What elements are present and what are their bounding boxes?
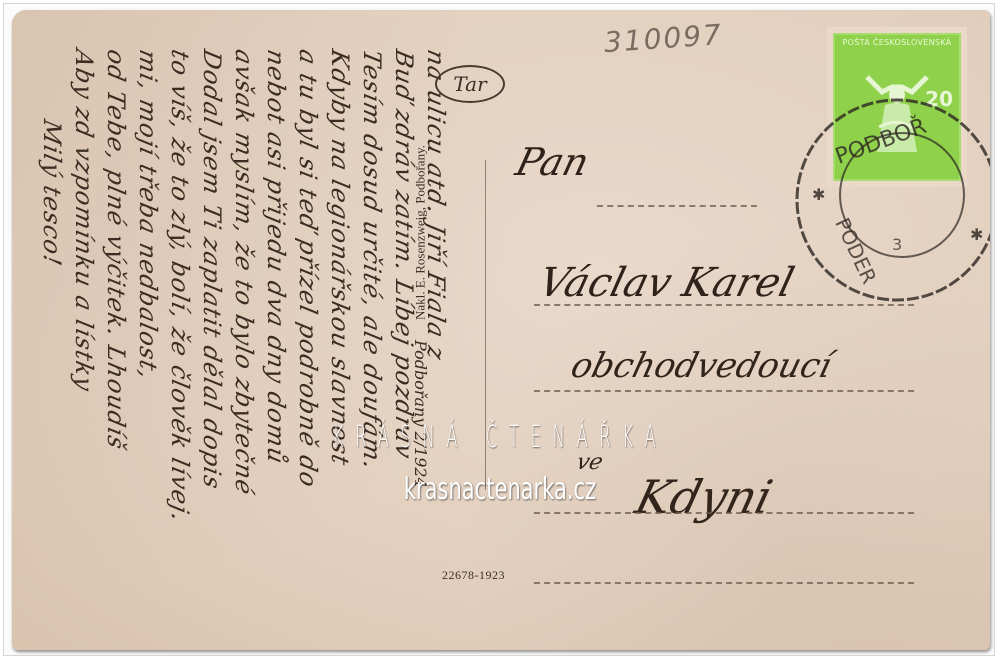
tar-stamp: Tar — [435, 65, 505, 103]
message-line: mi, mojí třeba nedbalost, — [134, 47, 162, 383]
message-line: Milý tesco! — [38, 117, 66, 269]
address-salutation: Pan — [512, 140, 594, 184]
date-writing: Podbořany 2/1924 — [411, 340, 430, 488]
address-line — [534, 582, 914, 584]
stamp-country: POŠTA ČESKOSLOVENSKÁ — [835, 38, 959, 47]
svg-text:PODBOŘ: PODBOŘ — [832, 113, 930, 170]
watermark-url: krasnactenarka.cz — [150, 472, 850, 507]
address-line — [597, 205, 757, 207]
address-line — [534, 512, 914, 514]
svg-text:✱: ✱ — [970, 225, 983, 244]
publisher-imprint: Nakl. E. Rosenzweig, Podbořany. — [413, 145, 429, 320]
message-line: od Tebe, plné výčitek. Lhoudíš — [102, 47, 130, 452]
address-line — [534, 390, 914, 392]
print-code: 22678-1923 — [442, 568, 505, 583]
svg-text:3: 3 — [892, 235, 902, 254]
archive-number: 310097 — [603, 18, 724, 59]
postmark-icon: PODBOŘ PODER 3 ✱ ✱ — [792, 90, 990, 305]
postcard: Milý tesco! Aby zd vzpomínku a lístky od… — [12, 10, 990, 650]
svg-text:✱: ✱ — [812, 185, 825, 204]
handwritten-message: Milý tesco! Aby zd vzpomínku a lístky od… — [16, 10, 486, 650]
message-line: Kdyby na legionářskou slavnost — [326, 47, 354, 468]
message-line: Aby zd vzpomínku a lístky — [70, 47, 98, 394]
message-line: Dodal jsem Ti zaplatit dělal dopis — [198, 47, 226, 492]
message-line: to víš, že to zlý, bolí, že člověk lívej… — [166, 47, 194, 525]
address-name: Václav Karel — [534, 260, 798, 306]
message-line: Tesím dosud určité, ale doufám. — [358, 47, 386, 473]
address-occupation: obchodvedoucí — [567, 346, 836, 386]
message-line: nebot asi přijedu dva dny domů — [262, 47, 290, 467]
watermark-title: KRÁSNÁ ČTENÁŘKA — [225, 420, 775, 455]
